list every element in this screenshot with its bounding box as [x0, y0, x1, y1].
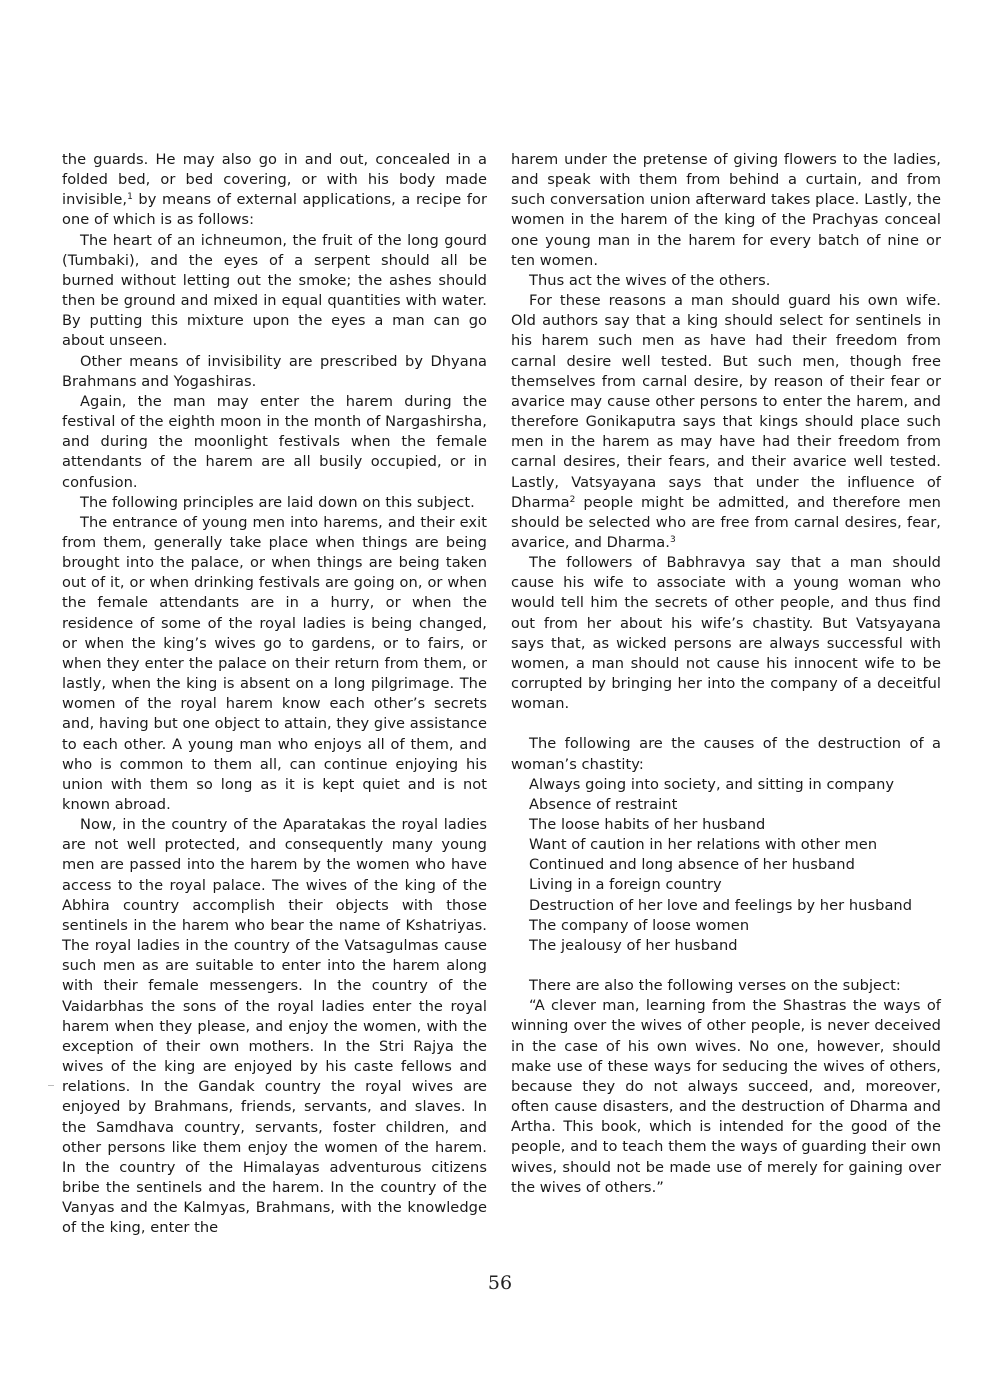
paragraph: harem under the pretense of giving flowe…	[511, 150, 941, 271]
causes-list: Always going into society, and sitting i…	[511, 775, 941, 956]
paragraph: The following principles are laid down o…	[62, 493, 487, 513]
paragraph: The entrance of young men into harems, a…	[62, 513, 487, 815]
paragraph: For these reasons a man should guard his…	[511, 291, 941, 553]
list-item: Always going into society, and sitting i…	[529, 775, 941, 795]
paragraph: Other means of invisibility are prescrib…	[62, 352, 487, 392]
paragraph: Again, the man may enter the harem durin…	[62, 392, 487, 493]
list-item: The company of loose women	[529, 916, 941, 936]
paragraph: Now, in the country of the Aparatakas th…	[62, 815, 487, 1238]
verses-intro: There are also the following verses on t…	[511, 976, 941, 996]
page-number: 56	[0, 1272, 1000, 1294]
list-item: Destruction of her love and feelings by …	[529, 896, 941, 916]
verse-quote: “A clever man, learning from the Shastra…	[511, 996, 941, 1198]
paragraph: Thus act the wives of the others.	[511, 271, 941, 291]
margin-mark	[48, 1085, 54, 1086]
paragraph: The heart of an ichneumon, the fruit of …	[62, 231, 487, 352]
left-column: the guards. He may also go in and out, c…	[62, 150, 487, 1238]
list-item: Living in a foreign country	[529, 875, 941, 895]
right-column: harem under the pretense of giving flowe…	[511, 150, 941, 1198]
list-item: The jealousy of her husband	[529, 936, 941, 956]
causes-intro: The following are the causes of the dest…	[511, 734, 941, 774]
paragraph: The followers of Babhravya say that a ma…	[511, 553, 941, 714]
footnote-ref[interactable]: 3	[670, 535, 676, 545]
paragraph: the guards. He may also go in and out, c…	[62, 150, 487, 231]
list-item: The loose habits of her husband	[529, 815, 941, 835]
list-item: Continued and long absence of her husban…	[529, 855, 941, 875]
list-item: Want of caution in her relations with ot…	[529, 835, 941, 855]
list-item: Absence of restraint	[529, 795, 941, 815]
